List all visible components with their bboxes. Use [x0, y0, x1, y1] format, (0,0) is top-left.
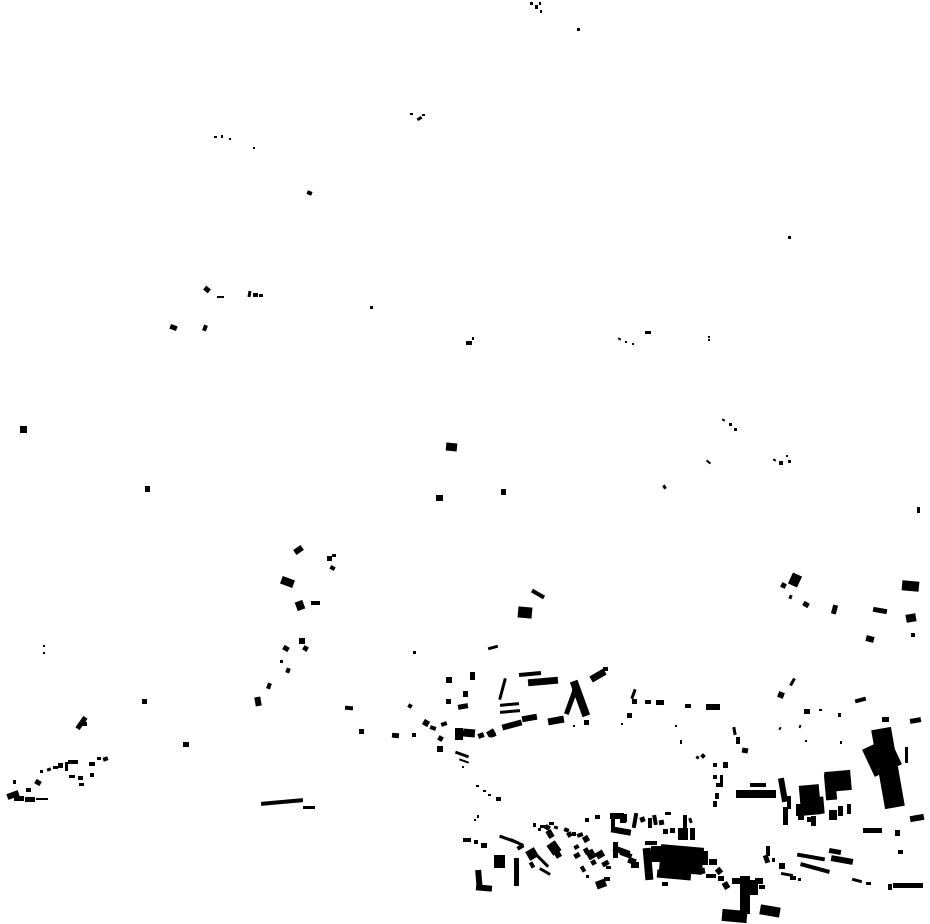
building-footprint: [675, 725, 677, 727]
building-footprint: [316, 601, 320, 605]
building-footprint: [345, 706, 353, 711]
figure-ground-map: [0, 0, 930, 924]
building-footprint: [893, 883, 923, 888]
building-footprint: [659, 844, 704, 875]
building-footprint: [779, 863, 785, 869]
building-footprint: [648, 818, 652, 828]
building-footprint: [43, 652, 45, 654]
building-footprint: [665, 812, 671, 815]
building-footprint: [214, 136, 217, 138]
building-footprint: [736, 790, 776, 798]
building-footprint: [437, 746, 443, 752]
building-footprint: [462, 766, 464, 768]
building-footprint: [477, 815, 479, 818]
building-footprint: [412, 733, 416, 737]
building-footprint: [446, 677, 452, 683]
building-footprint: [689, 853, 694, 861]
building-footprint: [43, 645, 45, 647]
building-footprint: [466, 341, 472, 345]
building-footprint: [759, 885, 765, 889]
building-footprint: [410, 113, 413, 115]
building-footprint: [514, 858, 519, 886]
building-footprint: [656, 700, 664, 705]
building-footprint: [488, 794, 491, 796]
building-footprint: [53, 766, 58, 769]
building-footprint: [729, 423, 732, 426]
building-footprint: [755, 878, 763, 884]
building-footprint: [651, 846, 661, 862]
building-footprint: [631, 862, 639, 868]
building-footprint: [518, 606, 533, 618]
building-footprint: [89, 762, 95, 766]
building-footprint: [446, 443, 458, 452]
building-footprint: [683, 815, 687, 829]
building-footprint: [494, 855, 505, 868]
building-footprint: [14, 796, 24, 801]
building-footprint: [824, 774, 837, 801]
building-footprint: [742, 748, 749, 754]
building-footprint: [866, 882, 871, 885]
building-footprint: [303, 806, 315, 809]
building-footprint: [549, 822, 554, 825]
building-footprint: [659, 820, 665, 826]
building-footprint: [811, 816, 816, 826]
building-footprint: [58, 763, 63, 768]
building-footprint: [746, 880, 756, 884]
building-footprint: [829, 810, 837, 820]
building-footprint: [645, 700, 651, 704]
building-footprint: [685, 704, 691, 708]
building-footprint: [40, 770, 43, 773]
building-footprint: [838, 806, 843, 816]
building-footprint: [78, 776, 83, 780]
building-footprint: [645, 331, 651, 334]
building-footprint: [663, 829, 668, 834]
building-footprint: [539, 2, 541, 5]
building-footprint: [788, 236, 791, 239]
building-footprint: [790, 876, 796, 880]
building-footprint: [718, 876, 724, 881]
building-footprint: [678, 828, 688, 840]
building-footprint: [680, 740, 682, 744]
building-footprint: [422, 114, 425, 116]
building-footprint: [413, 651, 416, 654]
building-footprint: [713, 763, 717, 767]
building-footprint: [905, 613, 916, 623]
building-footprint: [702, 851, 708, 865]
building-footprint: [783, 807, 788, 825]
building-footprint: [715, 793, 719, 799]
building-footprint: [625, 341, 627, 343]
building-footprint: [819, 709, 822, 711]
building-footprint: [533, 823, 536, 827]
building-footprint: [332, 554, 336, 557]
building-footprint: [805, 740, 807, 742]
building-footprint: [847, 804, 851, 814]
building-footprint: [530, 2, 533, 5]
building-footprint: [538, 828, 541, 831]
building-footprint: [20, 426, 27, 433]
building-footprint: [732, 878, 740, 884]
building-footprint: [446, 699, 451, 704]
building-footprint: [804, 709, 810, 714]
building-footprint: [145, 486, 150, 492]
building-footprint: [142, 699, 147, 704]
building-footprint: [90, 773, 94, 777]
building-footprint: [720, 775, 723, 787]
building-footprint: [483, 790, 486, 792]
building-footprint: [36, 798, 48, 800]
building-footprint: [888, 884, 892, 890]
building-footprint: [572, 832, 576, 836]
building-footprint: [221, 135, 223, 138]
building-footprint: [779, 461, 783, 465]
building-footprint: [183, 742, 189, 747]
building-footprint: [253, 293, 258, 297]
building-footprint: [690, 828, 695, 840]
building-footprint: [436, 495, 443, 501]
building-footprint: [734, 428, 737, 431]
building-footprint: [470, 672, 475, 680]
building-footprint: [481, 843, 487, 848]
building-footprint: [606, 866, 611, 869]
building-footprint: [706, 704, 720, 710]
building-footprint: [750, 783, 766, 787]
building-footprint: [706, 874, 716, 878]
building-footprint: [540, 825, 546, 828]
building-footprint: [722, 909, 748, 923]
building-footprint: [370, 306, 373, 309]
building-footprint: [621, 723, 623, 725]
building-footprint: [746, 883, 758, 895]
building-footprint: [811, 797, 824, 815]
building-footprint: [876, 828, 882, 833]
building-footprint: [476, 785, 479, 787]
building-footprint: [840, 741, 842, 744]
map-canvas: [0, 0, 930, 924]
building-footprint: [708, 336, 710, 338]
building-footprint: [463, 691, 468, 697]
building-footprint: [327, 556, 332, 561]
building-footprint: [911, 633, 915, 637]
building-footprint: [474, 840, 478, 844]
building-footprint: [69, 775, 75, 778]
building-footprint: [740, 876, 746, 882]
building-footprint: [217, 296, 224, 298]
building-footprint: [253, 147, 255, 149]
building-footprint: [603, 667, 608, 671]
building-footprint: [882, 717, 889, 722]
building-footprint: [905, 747, 908, 763]
building-footprint: [699, 868, 706, 875]
building-footprint: [604, 877, 610, 881]
building-footprint: [632, 699, 637, 704]
building-footprint: [898, 850, 903, 854]
building-footprint: [13, 780, 16, 784]
building-footprint: [798, 878, 801, 881]
building-footprint: [81, 722, 87, 726]
building-footprint: [311, 601, 316, 605]
building-footprint: [359, 729, 364, 734]
building-footprint: [463, 728, 476, 737]
building-footprint: [716, 783, 720, 787]
building-footprint: [645, 841, 657, 845]
building-footprint: [798, 814, 804, 820]
building-footprint: [280, 660, 283, 663]
building-footprint: [627, 713, 632, 718]
building-footprint: [611, 820, 614, 826]
building-footprint: [572, 689, 574, 699]
building-footprint: [902, 580, 920, 591]
building-footprint: [97, 757, 101, 760]
building-footprint: [709, 859, 717, 865]
building-footprint: [723, 762, 728, 768]
building-footprint: [496, 797, 501, 801]
building-footprint: [392, 733, 399, 739]
building-footprint: [540, 10, 542, 13]
building-footprint: [586, 875, 589, 878]
building-footprint: [72, 760, 78, 764]
building-footprint: [26, 788, 31, 792]
building-footprint: [573, 725, 575, 727]
building-footprint: [585, 818, 589, 822]
building-footprint: [713, 801, 717, 807]
building-footprint: [535, 5, 538, 9]
building-footprint: [79, 783, 84, 786]
building-footprint: [595, 815, 600, 819]
building-footprint: [624, 814, 627, 822]
building-footprint: [895, 830, 900, 836]
building-footprint: [463, 838, 471, 842]
building-footprint: [788, 460, 791, 463]
building-footprint: [670, 828, 675, 833]
building-footprint: [772, 858, 775, 862]
building-footprint: [474, 819, 476, 821]
building-footprint: [229, 138, 231, 140]
building-footprint: [584, 720, 589, 725]
building-footprint: [632, 343, 634, 345]
building-footprint: [299, 638, 305, 644]
building-footprint: [766, 846, 770, 856]
building-footprint: [65, 762, 68, 771]
building-footprint: [736, 737, 740, 744]
building-footprint: [577, 28, 580, 31]
building-footprint: [259, 294, 263, 297]
building-footprint: [713, 775, 717, 779]
building-footprint: [838, 713, 841, 717]
building-footprint: [455, 728, 463, 740]
building-footprint: [786, 455, 788, 457]
building-footprint: [662, 882, 668, 886]
building-footprint: [917, 507, 920, 513]
building-footprint: [472, 337, 474, 340]
building-footprint: [708, 339, 710, 341]
building-footprint: [25, 797, 35, 802]
building-footprint: [501, 489, 506, 495]
